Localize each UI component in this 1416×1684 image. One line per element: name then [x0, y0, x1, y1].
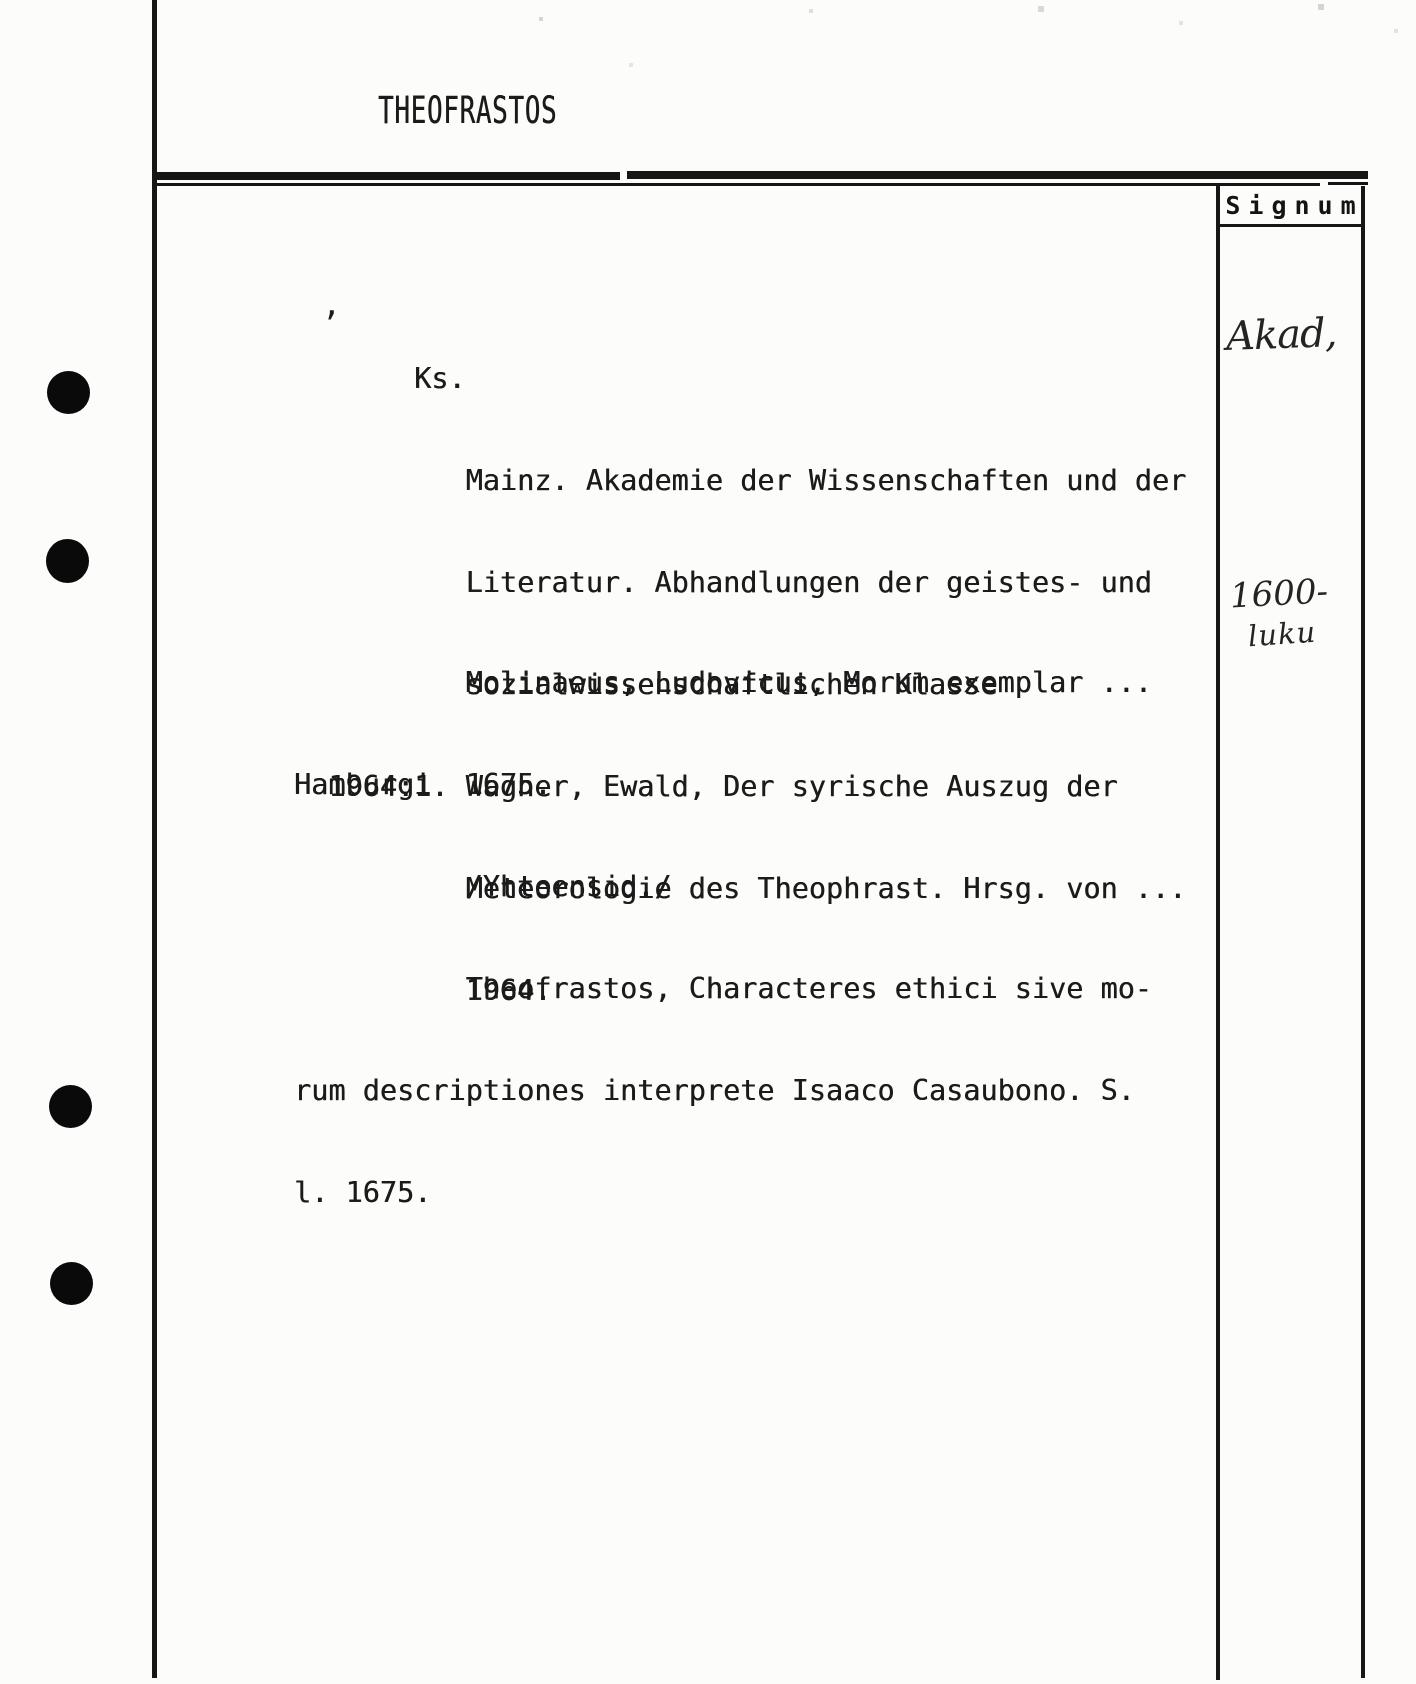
header-divider-thin	[1328, 182, 1368, 185]
punch-hole	[49, 1085, 92, 1128]
catalog-line: Ks.	[294, 362, 1186, 396]
punch-hole	[47, 371, 90, 414]
catalog-line: Molinaeus, Ludovicus, Morum exemplar ...	[294, 666, 1152, 700]
catalog-line: Mainz. Akademie der Wissenschaften und d…	[294, 464, 1186, 498]
header-divider-thin	[156, 183, 1320, 186]
catalog-line: Theofrastos, Characteres ethici sive mo-	[294, 972, 1152, 1006]
catalog-card-scan: THEOFRASTOS Signum Akad, 1600- luku , Ks…	[0, 0, 1416, 1684]
signum-column-right-rule	[1361, 186, 1365, 1678]
catalog-line: Literatur. Abhandlungen der geistes- und	[294, 566, 1186, 600]
punch-hole	[50, 1262, 93, 1305]
punch-hole	[46, 539, 89, 583]
signum-entry-handwritten: luku	[1247, 616, 1317, 653]
header-divider-thick	[156, 172, 620, 180]
left-margin-rule	[152, 0, 157, 1678]
catalog-line: l. 1675.	[294, 1176, 1152, 1210]
scan-noise	[0, 0, 2, 2]
signum-entry-handwritten: 1600-	[1229, 573, 1329, 614]
signum-entry-handwritten: Akad,	[1225, 312, 1337, 358]
header-divider-thick	[627, 171, 1368, 179]
catalog-line: Hamburgi 1675.	[294, 768, 1152, 802]
catalog-line: rum descriptiones interprete Isaaco Casa…	[294, 1074, 1152, 1108]
page-title: THEOFRASTOS	[378, 92, 557, 129]
signum-column-left-rule	[1216, 186, 1220, 1680]
signum-column-header: Signum	[1216, 191, 1365, 221]
catalog-entry-molinaeus: Molinaeus, Ludovicus, Morum exemplar ...…	[294, 598, 1152, 1278]
signum-header-underline	[1216, 224, 1365, 227]
catalog-line: /Yhteensid./	[294, 870, 1152, 904]
